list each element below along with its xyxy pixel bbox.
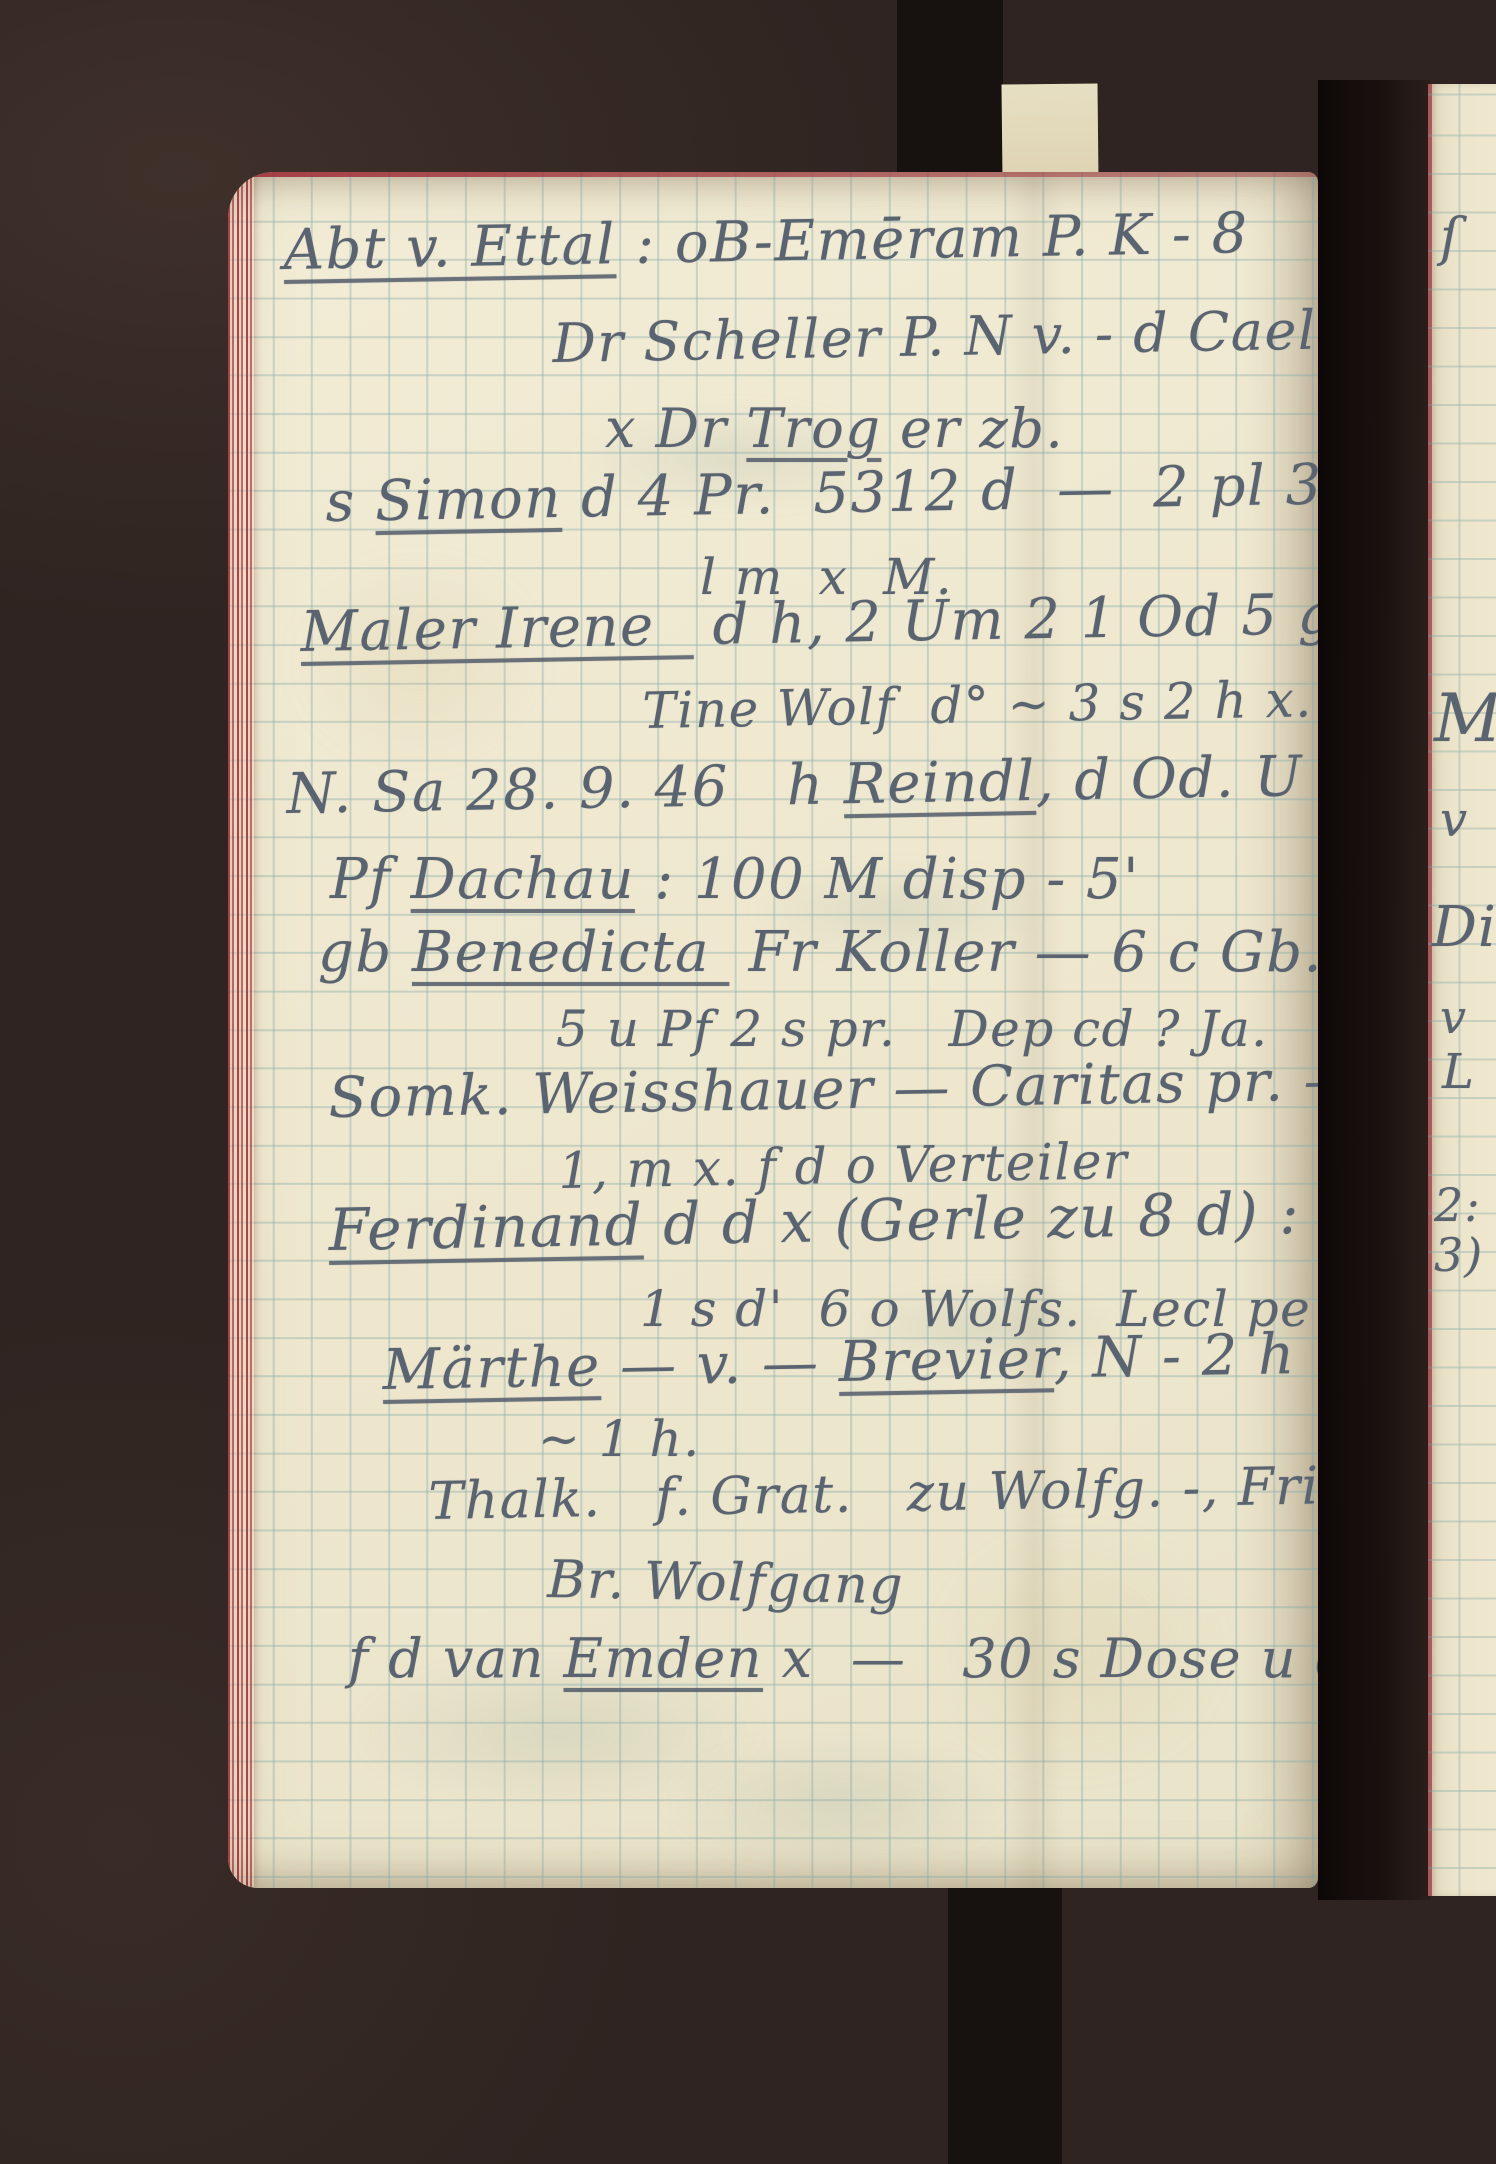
handwriting-line: Pf Dachau : 100 M disp - 5' — [330, 847, 1140, 912]
handwriting-line: gb Benedicta Fr Koller — 6 c Gb. u pl. — [318, 920, 1318, 985]
handwriting-fragment: 2: — [1434, 1178, 1481, 1232]
handwriting-text: d h, 2 Um 2 1 Od 5 gg. — [693, 581, 1318, 658]
notebook-cover-strap-bottom — [948, 1884, 1062, 2164]
handwriting-line: x Dr Trog er zb. — [605, 397, 1064, 460]
handwriting-line: Märthe — v. — Brevier, N - 2 h — [382, 1322, 1296, 1403]
handwriting-text: : oB-Emēram P. K - 8 — [615, 201, 1249, 277]
handwriting-line: Br. Wolfgang — [547, 1550, 905, 1616]
handwriting-underlined-text: Dachau — [411, 847, 635, 912]
notebook-page: Abt v. Ettal : oB-Emēram P. K - 8Dr Sche… — [228, 172, 1318, 1888]
handwriting-underlined-text: Märthe — [382, 1334, 601, 1403]
handwriting-text: x — 30 s Dose u d. — [763, 1627, 1318, 1690]
handwriting-text: N. Sa 28. 9. 46 h — [286, 752, 844, 827]
handwriting-underlined-text: Benedicta — [412, 920, 729, 985]
handwriting-fragment: M — [1434, 680, 1496, 757]
handwriting-line: f d van Emden x — 30 s Dose u d. — [348, 1627, 1318, 1690]
handwriting-line: N. Sa 28. 9. 46 h Reindl, d Od. U d. — [286, 743, 1318, 827]
handwriting-text: Br. Wolfgang — [547, 1550, 905, 1616]
handwriting-text: 5 u Pf 2 s pr. Dep cd ? Ja. — [556, 1000, 1269, 1058]
handwriting-line: Maler Irene d h, 2 Um 2 1 Od 5 gg. — [300, 581, 1318, 665]
page-gutter-shadow — [1318, 80, 1430, 1900]
handwriting-text: , d Od. U d. — [1035, 743, 1318, 814]
handwriting-text: d 4 Pr. 5312 d — 2 pl 3 w — [561, 451, 1318, 530]
handwriting-line: Abt v. Ettal : oB-Emēram P. K - 8 — [283, 201, 1249, 283]
handwriting-line: Dr Scheller P. N v. - d Cael. disp. — [552, 296, 1318, 375]
handwriting-text: gb — [318, 920, 412, 985]
handwriting-underlined-text: Abt v. Ettal — [283, 212, 616, 283]
handwriting-underlined-text: Reindl — [843, 749, 1036, 817]
photograph-background: Abt v. Ettal : oB-Emēram P. K - 8Dr Sche… — [0, 0, 1496, 2164]
handwriting-text: , N - 2 h — [1053, 1322, 1296, 1391]
handwriting-text: ~ 1 h. — [538, 1410, 701, 1468]
handwriting-text: x Dr — [605, 397, 746, 460]
handwriting-text: d d x (Gerle zu 8 d) : gft — [643, 1177, 1318, 1258]
handwriting-text: f d van — [348, 1627, 564, 1690]
handwriting-text: Dr Scheller P. N v. - d Cael. disp. — [552, 296, 1318, 375]
handwriting-line: ~ 1 h. — [538, 1410, 701, 1468]
handwriting-text: Pf — [330, 847, 411, 912]
handwriting-fragment: Di — [1432, 895, 1496, 960]
handwriting-fragment: v — [1440, 990, 1467, 1044]
handwriting-text: Somk. Weisshauer — Caritas pr. — — [328, 1048, 1318, 1131]
handwriting-fragment: v — [1440, 792, 1468, 848]
handwriting-text: s — [325, 469, 376, 535]
handwriting-text: Fr Koller — 6 c Gb. u pl. — [729, 920, 1318, 985]
facing-page-sliver: ſMvDivL2:3) — [1428, 84, 1496, 1896]
handwriting-line: Somk. Weisshauer — Caritas pr. — — [328, 1048, 1318, 1131]
red-tinted-page-edges — [228, 172, 254, 1888]
adjacent-page-corner — [1001, 84, 1098, 182]
handwriting-fragment: ſ — [1440, 208, 1460, 268]
handwriting-fragment: 3) — [1434, 1228, 1483, 1282]
handwriting-underlined-text: Brevier — [838, 1326, 1054, 1395]
handwriting-text: : 100 M disp - 5' — [635, 847, 1140, 912]
handwriting-text: er zb. — [881, 397, 1064, 460]
handwriting-underlined-text: Ferdinand — [328, 1191, 644, 1264]
handwriting-line: Ferdinand d d x (Gerle zu 8 d) : gft — [328, 1177, 1318, 1264]
handwriting-line: Tine Wolf d° ~ 3 s 2 h x. — [642, 670, 1313, 740]
handwriting-lines: Abt v. Ettal : oB-Emēram P. K - 8Dr Sche… — [228, 172, 1318, 1888]
handwriting-fragment: L — [1442, 1044, 1475, 1100]
handwriting-underlined-text: Maler Irene — [300, 593, 694, 665]
handwriting-text: — v. — — [600, 1330, 839, 1399]
handwriting-underlined-text: Emden — [564, 1627, 763, 1690]
handwriting-underlined-text: Simon — [375, 466, 563, 534]
handwriting-underlined-text: Trog — [746, 397, 881, 460]
notebook-cover-strap-top — [897, 0, 1003, 178]
handwriting-text: Tine Wolf d° ~ 3 s 2 h x. — [642, 670, 1313, 740]
handwriting-line: 5 u Pf 2 s pr. Dep cd ? Ja. — [556, 1000, 1269, 1058]
handwriting-line: s Simon d 4 Pr. 5312 d — 2 pl 3 w — [325, 451, 1318, 535]
